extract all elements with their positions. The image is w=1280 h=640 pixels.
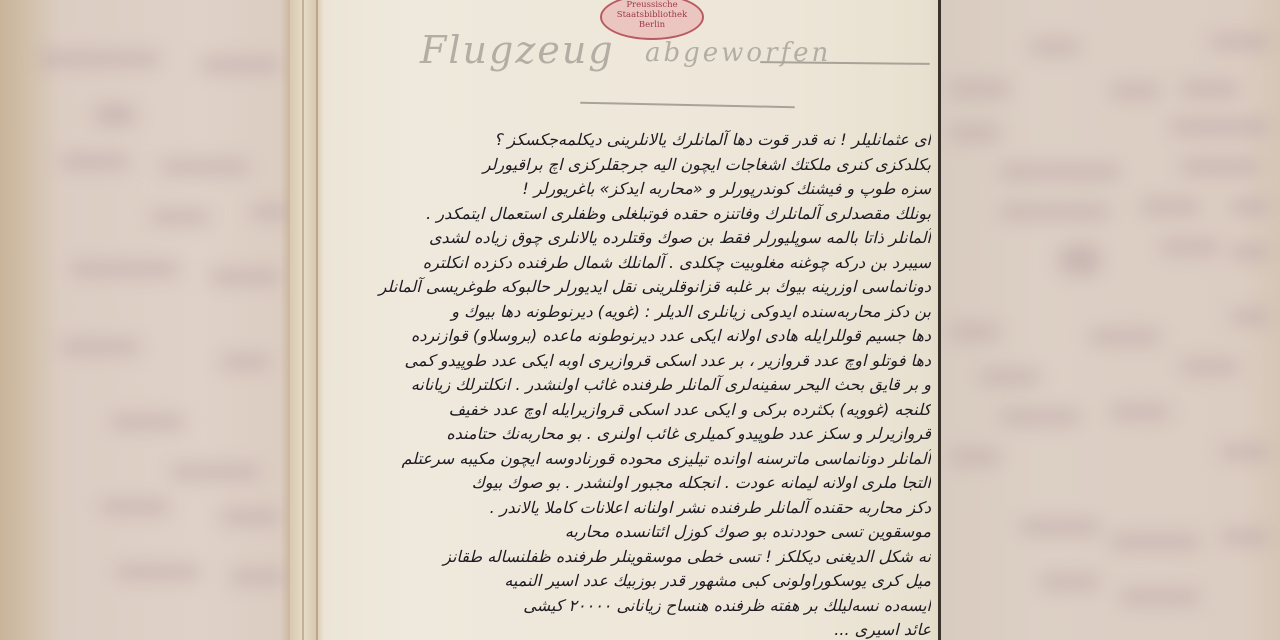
library-stamp: Preussische Staatsbibliothek Berlin (600, 0, 704, 40)
manuscript-line: عائد اسیری ... (316, 618, 931, 640)
manuscript-line: بن دکز محاربه‌سنده ایدوکی زیانلری الدیلر… (316, 300, 931, 325)
right-blurred-background (940, 0, 1280, 640)
manuscript-line: بونلك مقصدلری آلمانلرك وفاتنزه حقده فوتب… (316, 202, 931, 227)
manuscript-line: دونانماسی اوزرینه بیوك بر غلبه قزانوقلری… (316, 275, 931, 300)
gutter-fold-line (302, 0, 304, 640)
pencil-annotation-1: Flugzeug (420, 28, 615, 72)
manuscript-line: موسقوين تسی حوددنده بو صوك کوزل ائتانسده… (316, 520, 931, 545)
page-right-edge (938, 0, 941, 640)
manuscript-line: میل کری یوسکوراولونی کبی مشهور قدر بوزبی… (316, 569, 931, 594)
manuscript-line: و بر قایق بحث الیحر سفينه‌لری آلمانلر طر… (316, 373, 931, 398)
manuscript-page: Preussische Staatsbibliothek Berlin Flug… (290, 0, 940, 640)
manuscript-line: سزه طوپ و فیشنك کوندرپورلر و «محاربه اید… (316, 177, 931, 202)
blurred-text-lines (0, 0, 290, 640)
manuscript-line: ایسه‌ده نسه‌لیلك بر هفته ظرفنده هنساح زی… (316, 594, 931, 619)
manuscript-line: كلنجه (غوويه) بکثرده بركی و ایكی عدد اسک… (316, 398, 931, 423)
manuscript-line: التجا ملری اولانه لیمانه عودت . انجکله م… (316, 471, 931, 496)
pencil-divider (580, 102, 795, 109)
stamp-line-2: Staatsbibliothek (602, 10, 702, 20)
manuscript-line: سيبرد بن دركه چوغنه مغلوبيت چکلدی . آلما… (316, 251, 931, 276)
manuscript-line: آلمانلر دونانماسی ماترسنه اوانده تیلیزی … (316, 447, 931, 472)
manuscript-photo: Preussische Staatsbibliothek Berlin Flug… (0, 0, 1280, 640)
blurred-text-lines (940, 0, 1280, 640)
manuscript-line: دها جسيم قوللرايله هادی اولانه ایكی عدد … (316, 324, 931, 349)
manuscript-line: ای عثمانلیلر ! نه قدر قوت دها آلمانلرك ي… (316, 128, 931, 153)
manuscript-line: آلمانلر ذاتا بالمه سوپلیورلر فقط بن صوك … (316, 226, 931, 251)
manuscript-line: قروازیرلر و سکز عدد طوپیدو کمیلری غائب ا… (316, 422, 931, 447)
manuscript-line: دکز محاربه حقنده آلمانلر طرفنده نشر اولن… (316, 496, 931, 521)
stamp-line-3: Berlin (602, 20, 702, 30)
manuscript-line: بکلدکزی کنری ملکتك اشغاجات ایچون الیه جر… (316, 153, 931, 178)
left-blurred-background (0, 0, 290, 640)
manuscript-line: دها فوتلو اوچ عدد قروازیر ، بر عدد اسکی … (316, 349, 931, 374)
handwritten-text-block: ای عثمانلیلر ! نه قدر قوت دها آلمانلرك ي… (316, 128, 931, 640)
manuscript-line: نه شکل الدیغنی دیکلکز ! تسی خطی موسقوینل… (316, 545, 931, 570)
stamp-line-1: Preussische (602, 0, 702, 10)
